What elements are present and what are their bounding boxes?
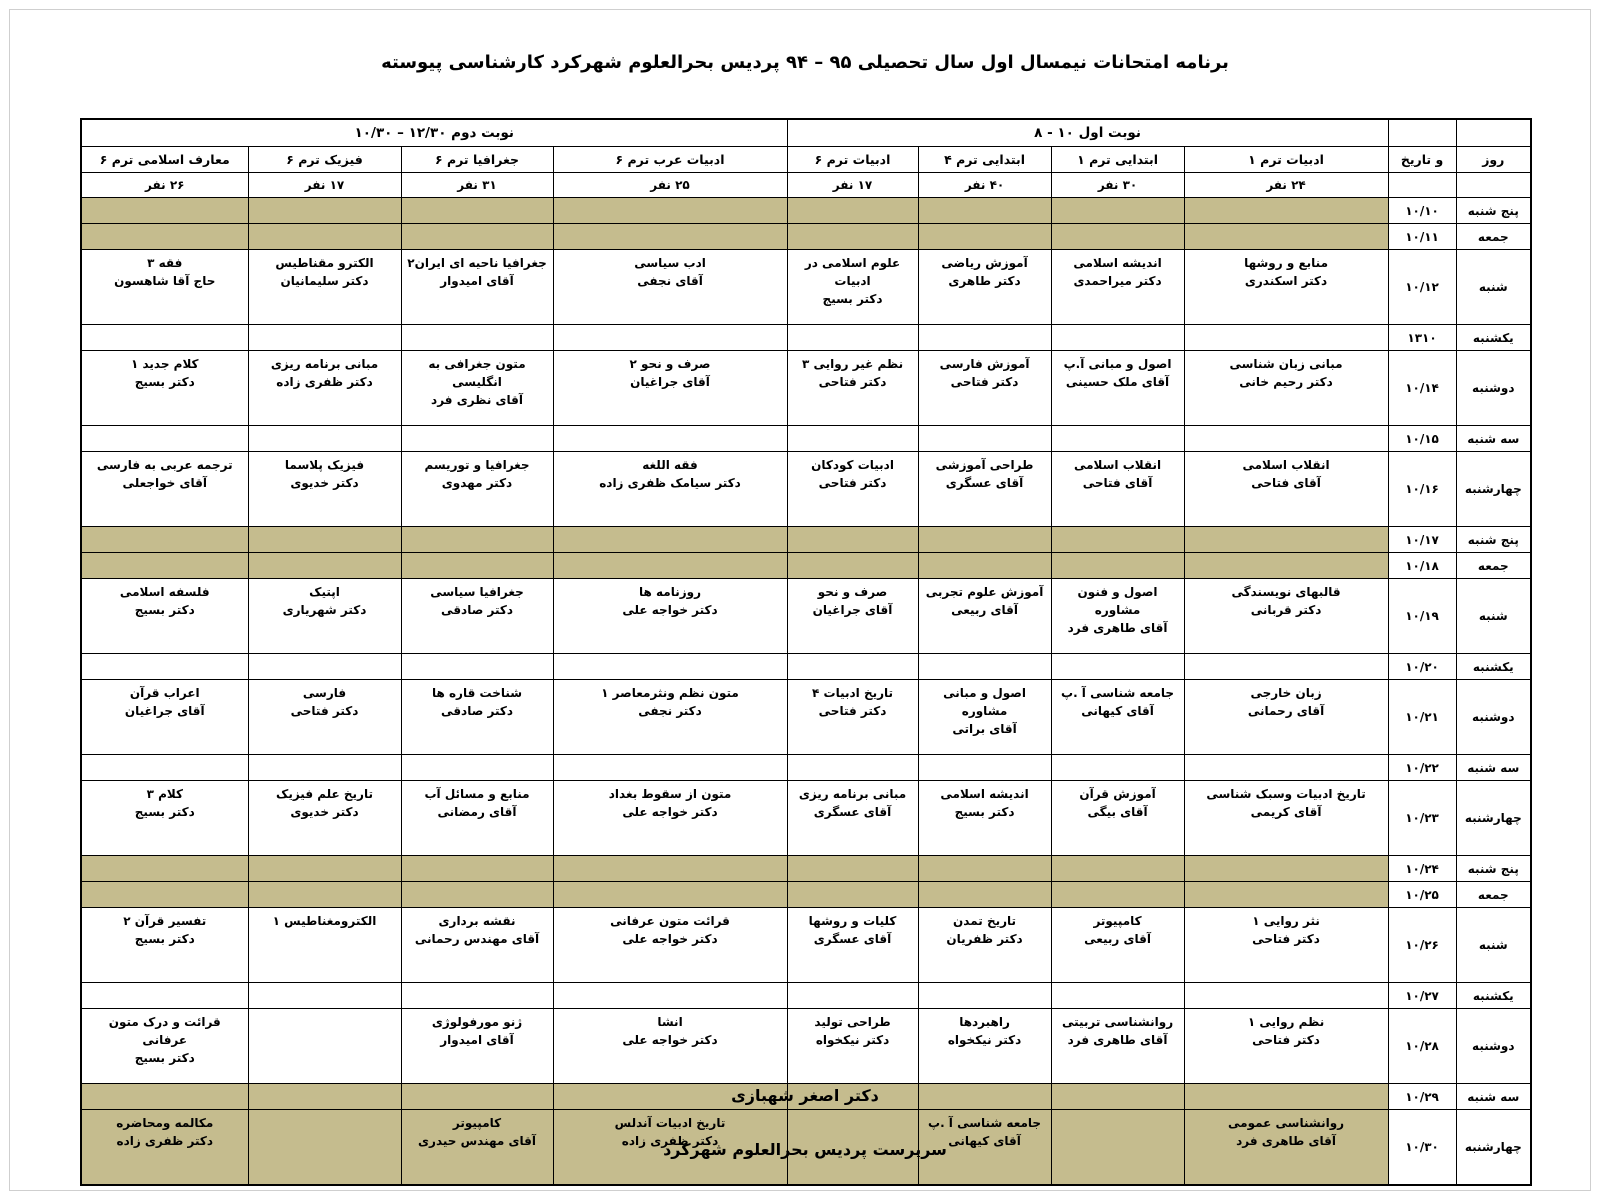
course-name: آموزش ریاضی (922, 254, 1048, 272)
exam-cell (918, 527, 1051, 553)
course-name: منابع و مسائل آب (405, 785, 550, 803)
instructor-name: دکتر سیامک ظفری زاده (557, 474, 784, 492)
exam-cell: کلیات و روشهاآقای عسگری (787, 908, 918, 983)
instructor-name: دکتر فتاحی (1188, 1031, 1385, 1049)
date-cell: ۱۰/۲۴ (1388, 856, 1456, 882)
date-count-spacer (1388, 173, 1456, 198)
exam-cell (248, 426, 401, 452)
exam-cell: منابع و روشهادکتر اسکندری (1184, 250, 1388, 325)
exam-cell (918, 224, 1051, 250)
schedule-row: شنبه۱۰/۱۹قالبهای نویسندگیدکتر قربانیاصول… (81, 579, 1531, 654)
exam-cell (1051, 654, 1184, 680)
course-name: الکترو مقناطیس (252, 254, 398, 272)
instructor-name: آقای عسگری (791, 803, 915, 821)
instructor-name: دکتر مهدوی (405, 474, 550, 492)
exam-cell: الکترو مقناطیسدکتر سلیمانیان (248, 250, 401, 325)
schedule-row: دوشنبه۱۰/۱۴مبانی زبان شناسیدکتر رحیم خان… (81, 351, 1531, 426)
exam-cell (1051, 426, 1184, 452)
exam-cell (1184, 527, 1388, 553)
schedule-row: جمعه۱۰/۱۱ (81, 224, 1531, 250)
exam-cell (553, 198, 787, 224)
instructor-name: آقای کیهانی (1055, 702, 1181, 720)
exam-cell: اصول و فنون مشاورهآقای طاهری فرد (1051, 579, 1184, 654)
exam-cell (248, 654, 401, 680)
instructor-name: آقای جراغیان (85, 702, 245, 720)
exam-cell: جغرافیا ناحیه ای ایران۲آقای امیدوار (401, 250, 553, 325)
exam-cell (401, 654, 553, 680)
course-name: علوم اسلامی در ادبیات (791, 254, 915, 290)
instructor-name: آقای طاهری فرد (1055, 619, 1181, 637)
instructor-name: آقای ملک حسینی (1055, 373, 1181, 391)
schedule-row: پنج شنبه۱۰/۱۷ (81, 527, 1531, 553)
exam-cell: متون از سقوط بغداددکتر خواجه علی (553, 781, 787, 856)
exam-cell: اندیشه اسلامیدکتر میراحمدی (1051, 250, 1184, 325)
course-name: زبان خارجی (1188, 684, 1385, 702)
instructor-name: دکتر بسیج (922, 803, 1048, 821)
exam-cell (553, 983, 787, 1009)
day-cell: چهارشنبه (1456, 452, 1531, 527)
exam-cell (248, 527, 401, 553)
date-cell: ۱۰/۲۳ (1388, 781, 1456, 856)
schedule-row: چهارشنبه۱۰/۱۶انقلاب اسلامیآقای فتاحیانقل… (81, 452, 1531, 527)
day-cell: دوشنبه (1456, 1009, 1531, 1084)
schedule-row: شنبه۱۰/۲۶نثر روایی ۱دکتر فتاحیکامپیوترآق… (81, 908, 1531, 983)
exam-cell (248, 755, 401, 781)
course-name: فیزیک پلاسما (252, 456, 398, 474)
day-count-spacer (1456, 173, 1531, 198)
exam-cell (401, 856, 553, 882)
exam-cell: منابع و مسائل آبآقای رمضانی (401, 781, 553, 856)
date-cell: ۱۰/۱۴ (1388, 351, 1456, 426)
column-student-count: ۳۰ نفر (1051, 173, 1184, 198)
exam-cell (1184, 325, 1388, 351)
instructor-name: آقای عسگری (922, 474, 1048, 492)
course-name: جغرافیا سیاسی (405, 583, 550, 601)
exam-cell (918, 755, 1051, 781)
instructor-name: دکتر شهریاری (252, 601, 398, 619)
instructor-name: دکتر صادقی (405, 702, 550, 720)
exam-cell (81, 527, 248, 553)
shift1-header: نوبت اول ۱۰ - ۸ (787, 119, 1388, 147)
exam-cell (248, 856, 401, 882)
exam-cell (787, 654, 918, 680)
instructor-name: آقای امیدوار (405, 1031, 550, 1049)
column-student-count: ۳۱ نفر (401, 173, 553, 198)
exam-cell (1184, 882, 1388, 908)
exam-cell (81, 325, 248, 351)
column-student-count: ۲۶ نفر (81, 173, 248, 198)
instructor-name: آقای رمضانی (405, 803, 550, 821)
day-cell: سه شنبه (1456, 755, 1531, 781)
exam-cell (553, 882, 787, 908)
exam-cell: انشادکتر خواجه علی (553, 1009, 787, 1084)
day-cell: جمعه (1456, 882, 1531, 908)
schedule-row: سه شنبه۱۰/۲۲ (81, 755, 1531, 781)
course-name: ادب سیاسی (557, 254, 784, 272)
instructor-name: آقای نظری فرد (405, 391, 550, 409)
instructor-name: آقای رحمانی (1188, 702, 1385, 720)
instructor-name: دکتر فتاحی (791, 373, 915, 391)
exam-cell (918, 654, 1051, 680)
exam-cell: فلسفه اسلامیدکتر بسیج (81, 579, 248, 654)
exam-cell: قرائت و درک متون عرفانیدکتر بسیج (81, 1009, 248, 1084)
signatory-role: سرپرست پردیس بحرالعلوم شهرکرد (80, 1140, 1530, 1159)
exam-cell: تاریخ ادبیات وسبک شناسیآقای کریمی (1184, 781, 1388, 856)
course-name: اصول و مبانی آ.پ (1055, 355, 1181, 373)
course-name: نظم غیر روایی ۳ (791, 355, 915, 373)
exam-cell (1051, 325, 1184, 351)
instructor-name: آقای امیدوار (405, 272, 550, 290)
course-name: تاریخ ادبیات آندلس (557, 1114, 784, 1132)
exam-cell: متون نظم ونثرمعاصر ۱دکتر نجفی (553, 680, 787, 755)
exam-cell (553, 856, 787, 882)
course-name: صرف و نحو (791, 583, 915, 601)
instructor-name: آقای جراغیان (791, 601, 915, 619)
schedule-row: پنج شنبه۱۰/۱۰ (81, 198, 1531, 224)
instructor-name: دکتر بسیج (85, 1049, 245, 1067)
schedule-row: شنبه۱۰/۱۲منابع و روشهادکتر اسکندریاندیشه… (81, 250, 1531, 325)
course-name: صرف و نحو ۲ (557, 355, 784, 373)
exam-cell (787, 426, 918, 452)
exam-cell: قرائت متون عرفانیدکتر خواجه علی (553, 908, 787, 983)
column-header: ابتدایی ترم ۱ (1051, 147, 1184, 173)
course-name: مبانی برنامه ریزی (252, 355, 398, 373)
instructor-name: دکتر ظفری زاده (252, 373, 398, 391)
date-cell: ۱۰/۱۱ (1388, 224, 1456, 250)
exam-cell: آموزش فارسیدکتر فتاحی (918, 351, 1051, 426)
column-student-count: ۱۷ نفر (248, 173, 401, 198)
column-student-count: ۲۵ نفر (553, 173, 787, 198)
day-cell: یکشنبه (1456, 654, 1531, 680)
course-name: تاریخ ادبیات ۴ (791, 684, 915, 702)
exam-cell: مبانی زبان شناسیدکتر رحیم خانی (1184, 351, 1388, 426)
exam-cell (1184, 553, 1388, 579)
column-header: ادبیات عرب ترم ۶ (553, 147, 787, 173)
course-name: مکالمه ومحاضره (85, 1114, 245, 1132)
exam-cell (787, 224, 918, 250)
exam-cell (401, 983, 553, 1009)
exam-cell (401, 882, 553, 908)
course-name: آموزش قرآن (1055, 785, 1181, 803)
exam-cell: فقه ۳حاج آقا شاهسون (81, 250, 248, 325)
instructor-name: دکتر فتاحی (1188, 930, 1385, 948)
exam-cell: جغرافیا و توریسمدکتر مهدوی (401, 452, 553, 527)
exam-cell: تاریخ علم فیزیکدکتر خدیوی (248, 781, 401, 856)
course-name: کامپیوتر (405, 1114, 550, 1132)
exam-cell (918, 198, 1051, 224)
instructor-name: دکتر ظفریان (922, 930, 1048, 948)
instructor-name: دکتر نجفی (557, 702, 784, 720)
exam-cell: آموزش علوم تجربیآقای ربیعی (918, 579, 1051, 654)
course-name: کلام ۳ (85, 785, 245, 803)
exam-cell: روانشناسی تربیتیآقای طاهری فرد (1051, 1009, 1184, 1084)
date-cell: ۱۰/۲۷ (1388, 983, 1456, 1009)
course-name: قرائت و درک متون عرفانی (85, 1013, 245, 1049)
course-name: فلسفه اسلامی (85, 583, 245, 601)
day-cell: پنج شنبه (1456, 198, 1531, 224)
instructor-name: دکتر بسیج (85, 601, 245, 619)
exam-cell (1051, 527, 1184, 553)
exam-cell (1051, 224, 1184, 250)
exam-cell: علوم اسلامی در ادبیاتدکتر بسیج (787, 250, 918, 325)
exam-cell (81, 224, 248, 250)
exam-cell: فارسیدکتر فتاحی (248, 680, 401, 755)
course-name: منابع و روشها (1188, 254, 1385, 272)
course-name: قالبهای نویسندگی (1188, 583, 1385, 601)
date-cell: ۱۰/۲۵ (1388, 882, 1456, 908)
exam-cell (1051, 553, 1184, 579)
course-name: متون جغرافی به انگلیسی (405, 355, 550, 391)
day-header: روز (1456, 147, 1531, 173)
exam-cell (1184, 224, 1388, 250)
exam-cell: ژنو مورفولوژیآقای امیدوار (401, 1009, 553, 1084)
instructor-name: دکتر خواجه علی (557, 601, 784, 619)
exam-cell (787, 553, 918, 579)
exam-cell: الکترومغناطیس ۱ (248, 908, 401, 983)
exam-cell (787, 198, 918, 224)
instructor-name: آقای خواجعلی (85, 474, 245, 492)
date-cell: ۱۰/۲۲ (1388, 755, 1456, 781)
date-cell: ۱۰/۱۶ (1388, 452, 1456, 527)
exam-cell (401, 553, 553, 579)
instructor-name: دکتر بسیج (85, 803, 245, 821)
schedule-row: سه شنبه۱۰/۱۵ (81, 426, 1531, 452)
course-name: اصول و مبانی مشاوره (922, 684, 1048, 720)
date-cell: ۱۰/۱۰ (1388, 198, 1456, 224)
course-name: ادبیات کودکان (791, 456, 915, 474)
instructor-name: دکتر خدیوی (252, 803, 398, 821)
course-name: طراحی آموزشی (922, 456, 1048, 474)
exam-cell: مبانی برنامه ریزیآقای عسگری (787, 781, 918, 856)
course-name: تفسیر قرآن ۲ (85, 912, 245, 930)
day-cell: دوشنبه (1456, 351, 1531, 426)
course-name: کلام جدید ۱ (85, 355, 245, 373)
instructor-name: دکتر رحیم خانی (1188, 373, 1385, 391)
date-cell: ۱۰/۱۵ (1388, 426, 1456, 452)
instructor-name: دکتر سلیمانیان (252, 272, 398, 290)
column-header: جغرافیا ترم ۶ (401, 147, 553, 173)
exam-cell (553, 527, 787, 553)
exam-cell: آموزش قرآنآقای بیگی (1051, 781, 1184, 856)
course-name: فقه اللغه (557, 456, 784, 474)
instructor-name: آقای بیگی (1055, 803, 1181, 821)
column-header: ابتدایی ترم ۴ (918, 147, 1051, 173)
day-header-spacer (1456, 119, 1531, 147)
course-name: تاریخ علم فیزیک (252, 785, 398, 803)
course-name: مبانی برنامه ریزی (791, 785, 915, 803)
exam-cell (1184, 856, 1388, 882)
exam-cell (787, 325, 918, 351)
instructor-name: دکتر فتاحی (922, 373, 1048, 391)
course-name: ترجمه عربی به فارسی (85, 456, 245, 474)
day-cell: شنبه (1456, 250, 1531, 325)
instructor-name: دکتر خواجه علی (557, 803, 784, 821)
exam-cell (787, 755, 918, 781)
date-cell: ۱۰/۲۶ (1388, 908, 1456, 983)
exam-cell (81, 856, 248, 882)
course-name: ژنو مورفولوژی (405, 1013, 550, 1031)
course-name: نظم روایی ۱ (1188, 1013, 1385, 1031)
course-name: طراحی تولید (791, 1013, 915, 1031)
exam-cell (81, 983, 248, 1009)
exam-cell: ادب سیاسیآقای نجفی (553, 250, 787, 325)
instructor-name: آقای مهندس رحمانی (405, 930, 550, 948)
instructor-name: آقای فتاحی (1188, 474, 1385, 492)
day-cell: سه شنبه (1456, 426, 1531, 452)
exam-cell: فقه اللغهدکتر سیامک ظفری زاده (553, 452, 787, 527)
schedule-row: چهارشنبه۱۰/۲۳تاریخ ادبیات وسبک شناسیآقای… (81, 781, 1531, 856)
instructor-name: دکتر نیکخواه (791, 1031, 915, 1049)
course-name: متون از سقوط بغداد (557, 785, 784, 803)
exam-cell (553, 654, 787, 680)
exam-cell (1184, 654, 1388, 680)
exam-cell: انقلاب اسلامیآقای فتاحی (1051, 452, 1184, 527)
exam-cell (918, 325, 1051, 351)
schedule-row: پنج شنبه۱۰/۲۴ (81, 856, 1531, 882)
exam-cell: ادبیات کودکاندکتر فتاحی (787, 452, 918, 527)
exam-cell: تاریخ ادبیات ۴دکتر فتاحی (787, 680, 918, 755)
exam-cell (553, 553, 787, 579)
exam-cell (1051, 856, 1184, 882)
exam-cell (81, 654, 248, 680)
exam-cell (1051, 983, 1184, 1009)
course-name: الکترومغناطیس ۱ (252, 912, 398, 930)
date-cell: ۱۰/۱۸ (1388, 553, 1456, 579)
course-name: قرائت متون عرفانی (557, 912, 784, 930)
course-name: اندیشه اسلامی (922, 785, 1048, 803)
exam-cell: مبانی برنامه ریزیدکتر ظفری زاده (248, 351, 401, 426)
exam-cell: اصول و مبانی مشاورهآقای براتی (918, 680, 1051, 755)
day-cell: یکشنبه (1456, 983, 1531, 1009)
course-name: شناخت قاره ها (405, 684, 550, 702)
instructor-name: آقای ربیعی (1055, 930, 1181, 948)
schedule-row: دوشنبه۱۰/۲۱زبان خارجیآقای رحمانیجامعه شن… (81, 680, 1531, 755)
course-name: تاریخ ادبیات وسبک شناسی (1188, 785, 1385, 803)
instructor-name: دکتر میراحمدی (1055, 272, 1181, 290)
exam-cell: تاریخ تمدندکتر ظفریان (918, 908, 1051, 983)
instructor-name: دکتر طاهری (922, 272, 1048, 290)
day-cell: پنج شنبه (1456, 527, 1531, 553)
column-header: ادبیات ترم ۶ (787, 147, 918, 173)
schedule-row: دوشنبه۱۰/۲۸نظم روایی ۱دکتر فتاحیروانشناس… (81, 1009, 1531, 1084)
exam-cell (1184, 426, 1388, 452)
exam-cell: کامپیوترآقای ربیعی (1051, 908, 1184, 983)
exam-cell (401, 755, 553, 781)
course-name: نقشه برداری (405, 912, 550, 930)
exam-cell: نظم روایی ۱دکتر فتاحی (1184, 1009, 1388, 1084)
column-student-count: ۴۰ نفر (918, 173, 1051, 198)
course-name: روانشناسی تربیتی (1055, 1013, 1181, 1031)
exam-cell: نقشه برداریآقای مهندس رحمانی (401, 908, 553, 983)
exam-cell (248, 198, 401, 224)
instructor-name: دکتر صادقی (405, 601, 550, 619)
course-name: فقه ۳ (85, 254, 245, 272)
exam-cell (918, 882, 1051, 908)
course-name: جامعه شناسی آ .پ (922, 1114, 1048, 1132)
course-name: فارسی (252, 684, 398, 702)
signatory-name: دکتر اصغر شهبازی (80, 1086, 1530, 1105)
exam-cell (553, 426, 787, 452)
course-name: کامپیوتر (1055, 912, 1181, 930)
instructor-name: دکتر اسکندری (1188, 272, 1385, 290)
schedule-row: یکشنبه۱۰/۲۰ (81, 654, 1531, 680)
exam-cell (918, 553, 1051, 579)
instructor-name: آقای نجفی (557, 272, 784, 290)
course-name: روانشناسی عمومی (1188, 1114, 1385, 1132)
exam-cell (1051, 198, 1184, 224)
exam-cell: صرف و نحو ۲آقای جراغیان (553, 351, 787, 426)
exam-cell: قالبهای نویسندگیدکتر قربانی (1184, 579, 1388, 654)
instructor-name: دکتر نیکخواه (922, 1031, 1048, 1049)
exam-cell (81, 198, 248, 224)
shift2-header: نوبت دوم ۱۲/۳۰ – ۱۰/۳۰ (81, 119, 787, 147)
date-cell: ۱۰/۱۹ (1388, 579, 1456, 654)
column-header: ادبیات ترم ۱ (1184, 147, 1388, 173)
schedule-row: جمعه۱۰/۱۸ (81, 553, 1531, 579)
exam-cell (787, 856, 918, 882)
course-name: آموزش فارسی (922, 355, 1048, 373)
exam-cell: متون جغرافی به انگلیسیآقای نظری فرد (401, 351, 553, 426)
instructor-name: آقای جراغیان (557, 373, 784, 391)
exam-cell: شناخت قاره هادکتر صادقی (401, 680, 553, 755)
day-cell: دوشنبه (1456, 680, 1531, 755)
exam-cell (918, 426, 1051, 452)
exam-cell: راهبردهادکتر نیکخواه (918, 1009, 1051, 1084)
day-cell: پنج شنبه (1456, 856, 1531, 882)
exam-cell (787, 983, 918, 1009)
exam-cell (401, 224, 553, 250)
exam-cell (1184, 755, 1388, 781)
course-name: اصول و فنون مشاوره (1055, 583, 1181, 619)
day-cell: جمعه (1456, 224, 1531, 250)
instructor-name: آقای براتی (922, 720, 1048, 738)
exam-cell (787, 527, 918, 553)
exam-cell (787, 882, 918, 908)
exam-cell (553, 325, 787, 351)
course-name: روزنامه ها (557, 583, 784, 601)
instructor-name: حاج آقا شاهسون (85, 272, 245, 290)
instructor-name: آقای کریمی (1188, 803, 1385, 821)
date-header: و تاریخ (1388, 147, 1456, 173)
date-cell: ۱۰/۲۰ (1388, 654, 1456, 680)
course-name: کلیات و روشها (791, 912, 915, 930)
course-name: انقلاب اسلامی (1188, 456, 1385, 474)
exam-cell (401, 325, 553, 351)
exam-cell: اعراب قرآنآقای جراغیان (81, 680, 248, 755)
exam-cell (81, 426, 248, 452)
exam-cell: ترجمه عربی به فارسیآقای خواجعلی (81, 452, 248, 527)
student-count-row: ۲۴ نفر۳۰ نفر۴۰ نفر۱۷ نفر۲۵ نفر۳۱ نفر۱۷ ن… (81, 173, 1531, 198)
schedule-row: یکشنبه۱۰/۲۷ (81, 983, 1531, 1009)
course-name: انشا (557, 1013, 784, 1031)
shift-header-row: نوبت اول ۱۰ - ۸ نوبت دوم ۱۲/۳۰ – ۱۰/۳۰ (81, 119, 1531, 147)
exam-cell: فیزیک پلاسمادکتر خدیوی (248, 452, 401, 527)
day-cell: جمعه (1456, 553, 1531, 579)
course-name: اندیشه اسلامی (1055, 254, 1181, 272)
exam-cell: اپتیکدکتر شهریاری (248, 579, 401, 654)
instructor-name: آقای فتاحی (1055, 474, 1181, 492)
exam-cell (918, 983, 1051, 1009)
day-cell: یکشنبه (1456, 325, 1531, 351)
instructor-name: دکتر خواجه علی (557, 1031, 784, 1049)
instructor-name: آقای عسگری (791, 930, 915, 948)
exam-cell: آموزش ریاضیدکتر طاهری (918, 250, 1051, 325)
column-student-count: ۱۷ نفر (787, 173, 918, 198)
exam-cell: جامعه شناسی آ .پآقای کیهانی (1051, 680, 1184, 755)
course-name: جامعه شناسی آ .پ (1055, 684, 1181, 702)
course-name: اعراب قرآن (85, 684, 245, 702)
exam-cell: طراحی تولیددکتر نیکخواه (787, 1009, 918, 1084)
